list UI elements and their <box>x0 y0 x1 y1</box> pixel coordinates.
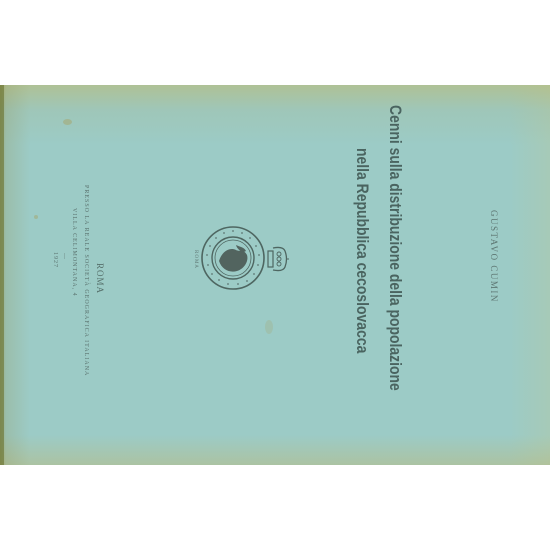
publisher-line-2: VILLA CELIMONTANA, 4 <box>71 208 77 297</box>
title-line-2: nella Repubblica cecoslovacca <box>352 148 372 353</box>
book-cover: Cenni sulla distribuzione della popolazi… <box>0 85 550 465</box>
title-line-1: Cenni sulla distribuzione della popolazi… <box>385 105 405 391</box>
publisher-city: ROMA <box>95 263 105 294</box>
crown-icon <box>267 245 289 273</box>
publisher-line-1: PRESSO LA REALE SOCIETÀ GEOGRAFICA ITALI… <box>83 185 89 376</box>
foxing-stain <box>265 320 273 334</box>
seal-label: ROMA <box>193 250 198 269</box>
foxing-stain <box>63 119 72 125</box>
society-seal-icon <box>200 225 266 291</box>
publisher-separator: — <box>61 253 67 260</box>
author-name: GUSTAVO CUMIN <box>489 210 499 303</box>
spine-edge <box>0 85 4 465</box>
foxing-stain <box>34 215 38 219</box>
publication-year: 1927 <box>52 252 58 268</box>
